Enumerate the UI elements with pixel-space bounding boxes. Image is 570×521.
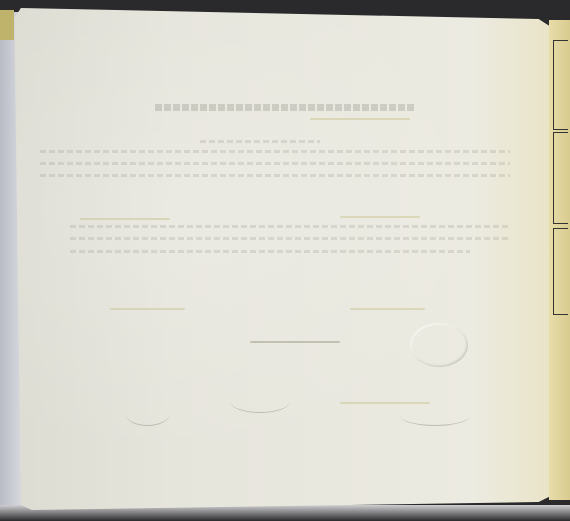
text-row — [40, 150, 510, 153]
heading-underline — [310, 118, 410, 120]
center-mark — [250, 341, 340, 343]
signature-line — [340, 402, 430, 404]
text-row — [70, 225, 510, 228]
paper-sheet — [10, 8, 555, 510]
field-line — [80, 218, 170, 220]
spine-box-1 — [553, 40, 568, 130]
spine-box-2 — [553, 132, 568, 224]
signature-left — [125, 400, 170, 426]
embossed-seal — [410, 323, 468, 367]
spine-box-3 — [553, 228, 568, 315]
mirrored-heading — [155, 104, 415, 111]
text-row — [70, 237, 510, 240]
background-left-top — [0, 10, 14, 40]
text-row — [40, 162, 510, 165]
text-row — [200, 140, 320, 143]
signature-center — [230, 390, 290, 413]
field-line — [110, 308, 185, 310]
text-row — [40, 174, 510, 177]
field-line — [340, 216, 420, 218]
field-line — [350, 308, 425, 310]
text-row — [70, 250, 470, 253]
signature-right — [400, 405, 470, 426]
